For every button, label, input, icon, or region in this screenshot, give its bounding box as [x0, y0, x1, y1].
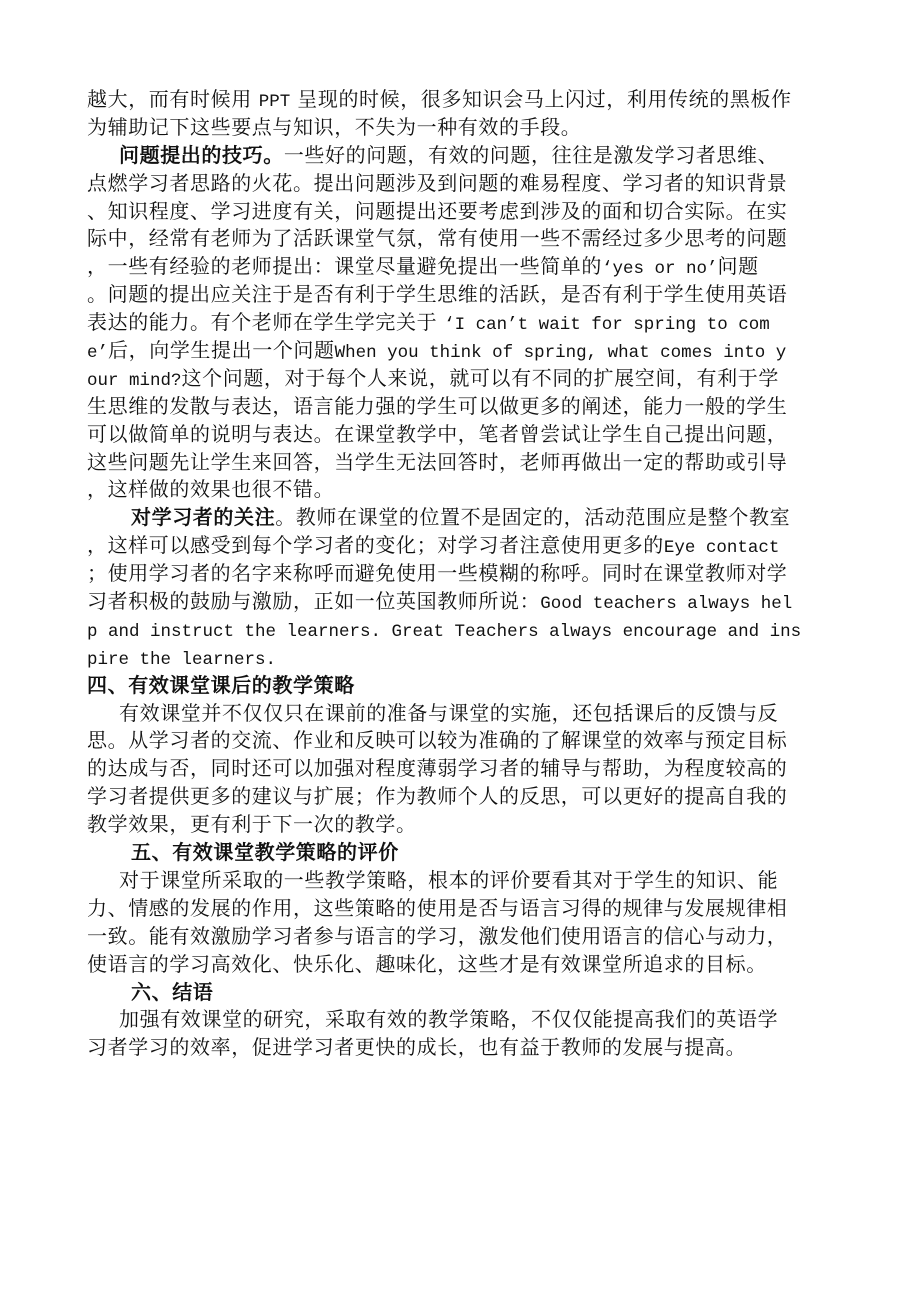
text-line: 为辅助记下这些要点与知识，不失为一种有效的手段。	[87, 114, 837, 142]
section-heading-4: 四、有效课堂课后的教学策略	[87, 672, 837, 700]
text-segment: 这个问题，对于每个人来说，就可以有不同的扩展空间，有利于学	[182, 366, 779, 390]
text-line: ，这样可以感受到每个学习者的变化；对学习者注意使用更多的Eye contact	[87, 532, 837, 560]
text-segment: 一些好的问题，有效的问题，往往是激发学习者思维、	[284, 143, 778, 167]
text-line: 的达成与否，同时还可以加强对程度薄弱学习者的辅导与帮助，为程度较高的	[87, 755, 837, 783]
english-segment: ‘yes or no’	[602, 259, 718, 279]
text-line: 。问题的提出应关注于是否有利于学生思维的活跃，是否有利于学生使用英语	[87, 281, 837, 309]
text-segment: 问题	[718, 254, 759, 278]
english-segment: When you think of spring, what comes int…	[335, 343, 787, 363]
text-line: e’后，向学生提出一个问题When you think of spring, w…	[87, 337, 837, 365]
text-line: 点燃学习者思路的火花。提出问题涉及到问题的难易程度、学习者的知识背景	[87, 170, 837, 198]
text-line: 可以做简单的说明与表达。在课堂教学中，笔者曾尝试让学生自己提出问题，	[87, 421, 837, 449]
text-segment: 后，向学生提出一个问题	[108, 338, 335, 362]
text-segment: 呈现的时候，很多知识会马上闪过，利用传统的黑板作	[290, 87, 791, 111]
english-segment: p and instruct the learners. Great Teach…	[87, 622, 801, 642]
text-segment: ，这样可以感受到每个学习者的变化；对学习者注意使用更多的	[87, 533, 664, 557]
english-segment: ‘I can’t wait for spring to com	[444, 315, 770, 335]
section-heading-5: 五、有效课堂教学策略的评价	[87, 839, 837, 867]
text-line: ，一些有经验的老师提出：课堂尽量避免提出一些简单的‘yes or no’问题	[87, 253, 837, 281]
text-line: ；使用学习者的名字来称呼而避免使用一些模糊的称呼。同时在课堂教师对学	[87, 560, 837, 588]
text-line: 习者学习的效率，促进学习者更快的成长，也有益于教师的发展与提高。	[87, 1034, 837, 1062]
text-line: 力、情感的发展的作用，这些策略的使用是否与语言习得的规律与发展规律相	[87, 895, 837, 923]
text-line: ，这样做的效果也很不错。	[87, 476, 837, 504]
english-segment: Good teachers always hel	[540, 594, 792, 614]
paragraph-lead-bold: 问题提出的技巧。	[119, 143, 284, 167]
english-segment: e’	[87, 343, 108, 363]
paragraph-start: 问题提出的技巧。一些好的问题，有效的问题，往往是激发学习者思维、	[87, 142, 837, 170]
text-line: 越大，而有时候用 PPT 呈现的时候，很多知识会马上闪过，利用传统的黑板作	[87, 86, 837, 114]
paragraph-start: 加强有效课堂的研究，采取有效的教学策略，不仅仅能提高我们的英语学	[87, 1006, 837, 1034]
text-line: 际中，经常有老师为了活跃课堂气氛，常有使用一些不需经过多少思考的问题	[87, 225, 837, 253]
text-segment: 习者积极的鼓励与激励，正如一位英国教师所说：	[87, 589, 540, 613]
text-line: 生思维的发散与表达，语言能力强的学生可以做更多的阐述，能力一般的学生	[87, 393, 837, 421]
text-line: 这些问题先让学生来回答，当学生无法回答时，老师再做出一定的帮助或引导	[87, 449, 837, 477]
text-line: pire the learners.	[87, 644, 837, 672]
paragraph-lead-bold: 对学习者的关注	[131, 505, 275, 529]
text-line: 学习者提供更多的建议与扩展；作为教师个人的反思，可以更好的提高自我的	[87, 783, 837, 811]
text-line: 习者积极的鼓励与激励，正如一位英国教师所说：Good teachers alwa…	[87, 588, 837, 616]
text-line: our mind?这个问题，对于每个人来说，就可以有不同的扩展空间，有利于学	[87, 365, 837, 393]
text-segment: 表达的能力。有个老师在学生学完关于	[87, 310, 444, 334]
document-page: 越大，而有时候用 PPT 呈现的时候，很多知识会马上闪过，利用传统的黑板作 为辅…	[87, 86, 837, 1062]
text-line: 一致。能有效激励学习者参与语言的学习，激发他们使用语言的信心与动力，	[87, 923, 837, 951]
text-line: 、知识程度、学习进度有关，问题提出还要考虑到涉及的面和切合实际。在实	[87, 198, 837, 226]
text-line: 使语言的学习高效化、快乐化、趣味化，这些才是有效课堂所追求的目标。	[87, 951, 837, 979]
section-heading-6: 六、结语	[87, 979, 837, 1007]
text-line: 教学效果，更有利于下一次的教学。	[87, 811, 837, 839]
paragraph-start: 对学习者的关注。教师在课堂的位置不是固定的，活动范围应是整个教室	[87, 504, 837, 532]
paragraph-start: 有效课堂并不仅仅只在课前的准备与课堂的实施，还包括课后的反馈与反	[87, 700, 837, 728]
text-line: 思。从学习者的交流、作业和反映可以较为准确的了解课堂的效率与预定目标	[87, 727, 837, 755]
text-line: p and instruct the learners. Great Teach…	[87, 616, 837, 644]
paragraph-start: 对于课堂所采取的一些教学策略，根本的评价要看其对于学生的知识、能	[87, 867, 837, 895]
english-segment: PPT	[259, 92, 291, 112]
text-segment: ，一些有经验的老师提出：课堂尽量避免提出一些简单的	[87, 254, 602, 278]
english-segment: pire the learners.	[87, 650, 276, 670]
text-segment: 。教师在课堂的位置不是固定的，活动范围应是整个教室	[275, 505, 790, 529]
text-segment: 越大，而有时候用	[87, 87, 259, 111]
english-segment: Eye contact	[664, 538, 780, 558]
english-segment: our mind?	[87, 371, 182, 391]
text-line: 表达的能力。有个老师在学生学完关于 ‘I can’t wait for spri…	[87, 309, 837, 337]
